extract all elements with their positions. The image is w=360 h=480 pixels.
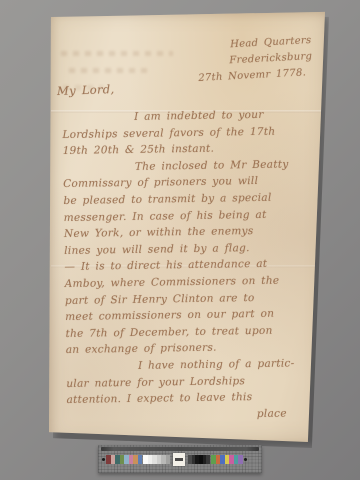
wedge-step [166, 455, 171, 464]
grayscale-wedge [143, 455, 170, 464]
letter-body: I am indebted to your Lordships several … [62, 106, 313, 425]
fiducial-dot [102, 458, 105, 461]
ink-bleedthrough [69, 68, 147, 73]
color-patches-left [106, 455, 142, 464]
color-patch [238, 455, 243, 464]
fiducial-dot [244, 458, 247, 461]
density-wedge [188, 455, 210, 464]
letter-salutation: My Lord, [57, 82, 115, 98]
manuscript-letter-page: Head Quarters Fredericksburg 27th Novemr… [49, 11, 325, 442]
white-reference-chip [173, 453, 185, 466]
photograph-background: Head Quarters Fredericksburg 27th Novemr… [0, 0, 360, 480]
letter-heading: Head Quarters Fredericksburg 27th Novemr… [145, 33, 313, 90]
patch-row [98, 453, 262, 465]
color-patch [138, 455, 143, 464]
wedge-step [206, 455, 210, 464]
ruler-bar [101, 447, 259, 451]
color-patches-right [211, 455, 243, 464]
chip-label-mark [175, 458, 183, 461]
color-calibration-target [98, 445, 262, 473]
